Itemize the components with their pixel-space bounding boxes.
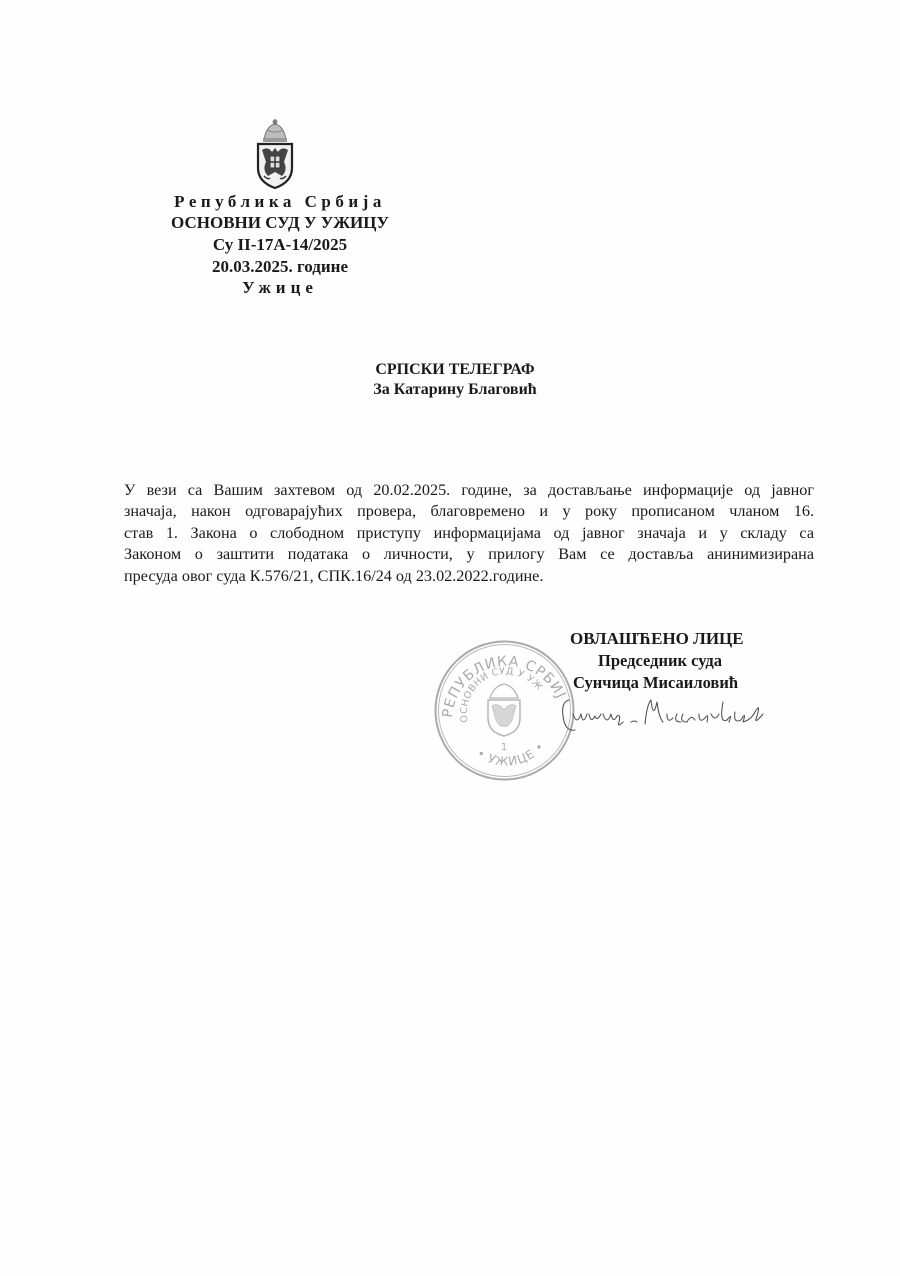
stamp-number: 1 xyxy=(501,742,507,753)
recipient-organization: СРПСКИ ТЕЛЕГРАФ xyxy=(340,360,570,380)
svg-text:• УЖИЦЕ •: • УЖИЦЕ • xyxy=(474,739,547,769)
handwritten-signature xyxy=(555,692,795,742)
country-name: Република Србија xyxy=(150,191,410,212)
stamp-bottom-text: • УЖИЦЕ • xyxy=(474,739,547,769)
body-line: став 1. Закона о слободном приступу инфо… xyxy=(124,523,814,544)
serbian-coat-of-arms-icon xyxy=(252,118,298,190)
document-date: 20.03.2025. године xyxy=(150,256,410,277)
stamp-coat-of-arms-icon xyxy=(488,684,520,736)
body-line: У вези са Вашим захтевом од 20.02.2025. … xyxy=(124,480,814,501)
signature-title: ОВЛАШЋЕНО ЛИЦЕ xyxy=(570,628,744,650)
signature-name: Сунчица Мисаиловић xyxy=(573,672,738,694)
body-line: Законом о заштити података о личности, у… xyxy=(124,544,814,565)
body-line: значаја, након одговарајућих провера, бл… xyxy=(124,501,814,522)
reference-number: Су II-17А-14/2025 xyxy=(150,234,410,255)
body-line: пресуда овог суда К.576/21, СПК.16/24 од… xyxy=(124,566,814,587)
signature-role: Председник суда xyxy=(598,650,722,672)
letter-body: У вези са Вашим захтевом од 20.02.2025. … xyxy=(124,480,814,587)
document-page: Република Србија ОСНОВНИ СУД У УЖИЦУ Су … xyxy=(0,0,900,1276)
city-name: Ужице xyxy=(150,277,410,298)
recipient-attention: За Катарину Благовић xyxy=(340,380,570,400)
court-name: ОСНОВНИ СУД У УЖИЦУ xyxy=(150,212,410,233)
